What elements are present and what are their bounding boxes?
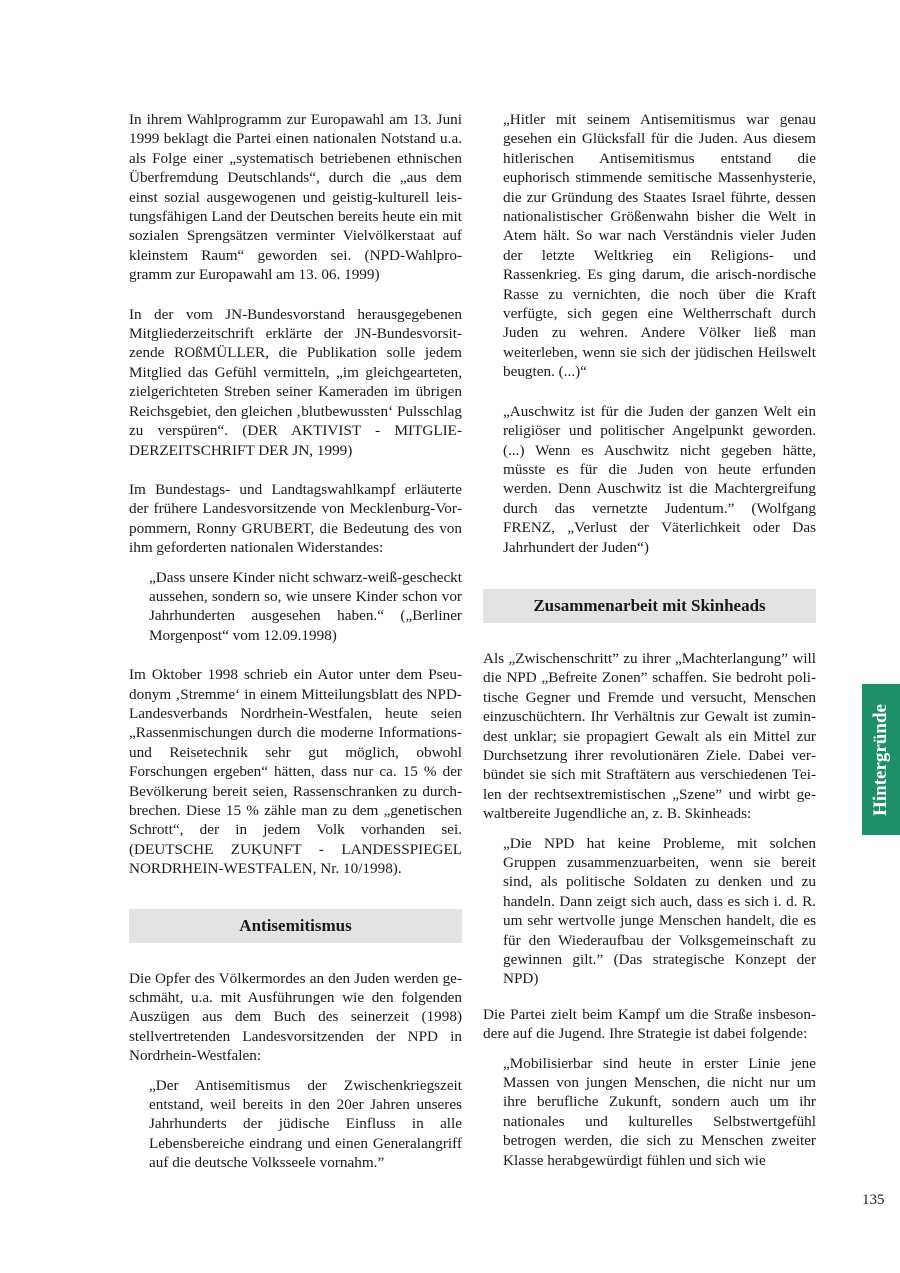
paragraph-mitgliederzeitschrift: In der vom JN-Bundesvorstand herausgegeb… — [129, 305, 462, 460]
quote-auschwitz: „Auschwitz ist für die Juden der ganzen … — [483, 402, 816, 557]
paragraph-jugend: Die Partei zielt beim Kampf um die Straß… — [483, 1005, 816, 1044]
paragraph-befreite-zonen: Als „Zwischenschritt” zu ihrer „Machterl… — [483, 649, 816, 824]
paragraph-wahlkampf: Im Bundestags- und Landtagswahlkampf erl… — [129, 480, 462, 558]
section-heading-skinheads: Zusammenarbeit mit Skinheads — [483, 589, 816, 623]
quote-hitler: „Hitler mit seinem Antisemitismus war ge… — [483, 110, 816, 382]
quote-mobilisierbar: „Mobilisierbar sind heute in erster Lini… — [483, 1054, 816, 1170]
quote-strategisches-konzept: „Die NPD hat keine Probleme, mit solchen… — [483, 834, 816, 989]
page-number: 135 — [862, 1192, 885, 1209]
section-heading-antisemitismus: Antisemitismus — [129, 909, 462, 943]
paragraph-opfer: Die Opfer des Völkermordes an den Juden … — [129, 969, 462, 1066]
right-column: „Hitler mit seinem Antisemitismus war ge… — [483, 110, 816, 1190]
paragraph-stremme: Im Oktober 1998 schrieb ein Autor unter … — [129, 665, 462, 878]
section-side-tab: Hintergründe — [862, 684, 900, 835]
quote-grubert: „Dass unsere Kinder nicht schwarz-weiß-g… — [129, 568, 462, 646]
paragraph-wahlprogramm: In ihrem Wahlprogramm zur Europawahl am … — [129, 110, 462, 285]
quote-zwischenkriegszeit: „Der Antisemitismus der Zwischenkriegsze… — [129, 1076, 462, 1173]
left-column: In ihrem Wahlprogramm zur Europawahl am … — [129, 110, 462, 1193]
side-tab-label: Hintergründe — [870, 704, 892, 816]
